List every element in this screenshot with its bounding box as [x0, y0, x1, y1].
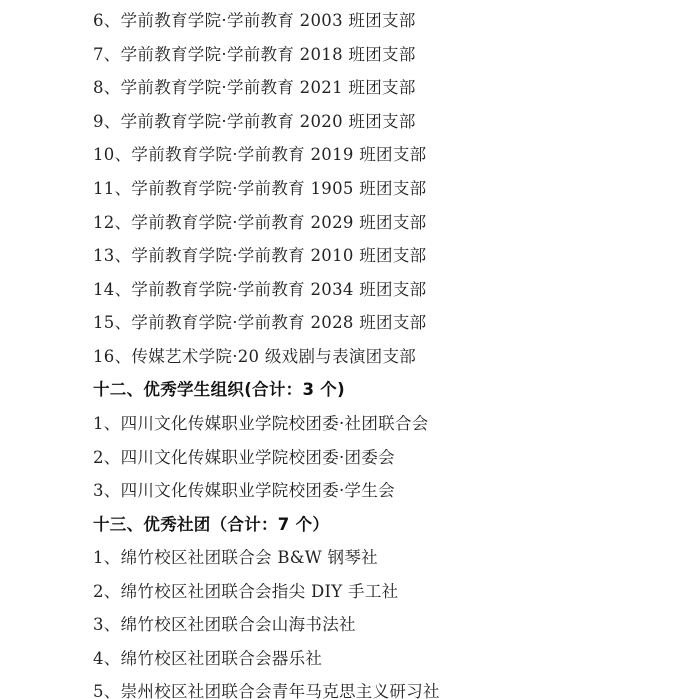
list-item: 9、学前教育学院·学前教育 2020 班团支部	[93, 107, 416, 137]
list-item: 6、学前教育学院·学前教育 2003 班团支部	[93, 6, 416, 36]
section-heading: 十二、优秀学生组织(合计：3 个)	[93, 375, 345, 405]
list-item: 2、绵竹校区社团联合会指尖 DIY 手工社	[93, 577, 398, 607]
list-item: 5、崇州校区社团联合会青年马克思主义研习社	[93, 677, 440, 699]
list-item: 13、学前教育学院·学前教育 2010 班团支部	[93, 241, 426, 271]
list-item: 12、学前教育学院·学前教育 2029 班团支部	[93, 208, 426, 238]
list-item: 8、学前教育学院·学前教育 2021 班团支部	[93, 73, 416, 103]
section-heading: 十三、优秀社团（合计：7 个）	[93, 510, 329, 540]
list-item: 4、绵竹校区社团联合会器乐社	[93, 644, 322, 674]
list-item: 2、四川文化传媒职业学院校团委·团委会	[93, 443, 395, 473]
list-item: 3、四川文化传媒职业学院校团委·学生会	[93, 476, 395, 506]
list-item: 14、学前教育学院·学前教育 2034 班团支部	[93, 275, 426, 305]
list-item: 15、学前教育学院·学前教育 2028 班团支部	[93, 308, 426, 338]
list-item: 10、学前教育学院·学前教育 2019 班团支部	[93, 140, 426, 170]
list-item: 11、学前教育学院·学前教育 1905 班团支部	[93, 174, 426, 204]
list-item: 3、绵竹校区社团联合会山海书法社	[93, 610, 356, 640]
list-item: 1、四川文化传媒职业学院校团委·社团联合会	[93, 409, 429, 439]
list-item: 1、绵竹校区社团联合会 B&W 钢琴社	[93, 543, 378, 573]
list-item: 16、传媒艺术学院·20 级戏剧与表演团支部	[93, 342, 416, 372]
list-item: 7、学前教育学院·学前教育 2018 班团支部	[93, 40, 416, 70]
document-page: 6、学前教育学院·学前教育 2003 班团支部 7、学前教育学院·学前教育 20…	[0, 0, 700, 699]
